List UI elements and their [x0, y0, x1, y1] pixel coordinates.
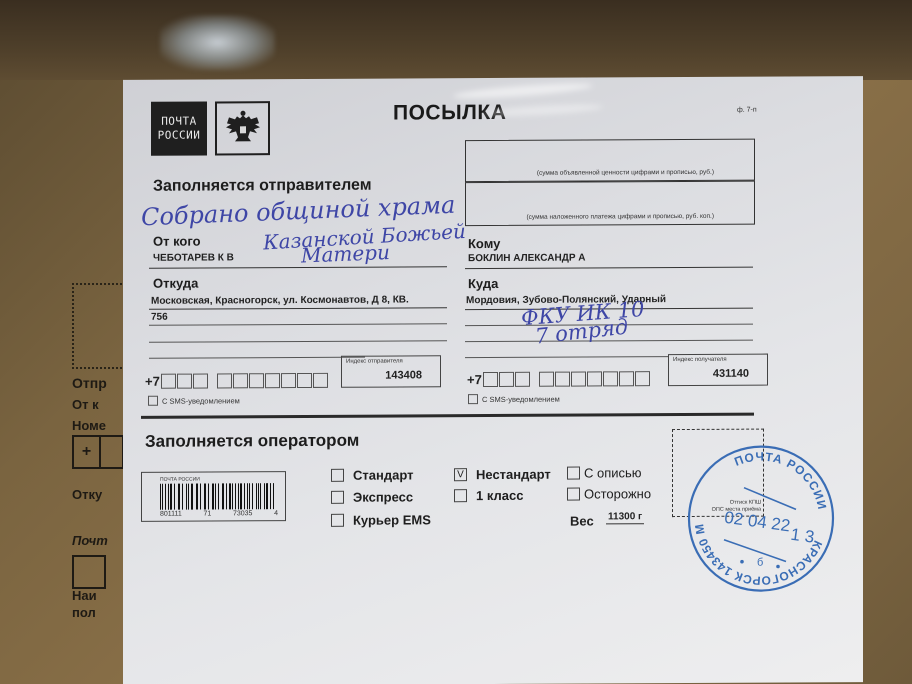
option-with-inventory[interactable]: С описью [567, 465, 642, 480]
divider [149, 340, 447, 343]
sender-address-line1: Московская, Красногорск, ул. Космонавтов… [151, 294, 409, 306]
barcode-bars [160, 483, 275, 510]
form-fragment: Почт [72, 533, 127, 548]
operator-section-title: Заполняется оператором [145, 431, 359, 452]
sender-sms-checkbox[interactable]: С SMS-уведомлением [148, 395, 240, 405]
sender-index-value: 143408 [385, 369, 422, 381]
sender-address-line2: 756 [151, 312, 168, 323]
recipient-index-value: 431140 [713, 368, 749, 380]
form-fragment: Номе [72, 418, 127, 433]
checkbox-icon [468, 394, 478, 404]
to-label: Кому [468, 236, 500, 251]
origin-label: Откуда [153, 276, 198, 291]
option-label: С описью [584, 465, 642, 480]
weight-label: Вес [570, 513, 594, 528]
postmark-stamp: ПОЧТА РОССИИ КРАСНОГОРСК 143450 МОСКОВСК… [686, 443, 836, 594]
option-label: Экспресс [353, 489, 413, 504]
declared-value-hint: (сумма объявленной ценности цифрами и пр… [537, 169, 714, 177]
divider [149, 307, 447, 310]
background-cardboard-form: Отпр От к Номе + Отку Почт Наи пол [70, 275, 130, 680]
tape-glare [160, 15, 275, 70]
form-fragment: От к [72, 397, 127, 412]
parcel-label: ПОЧТА РОССИИ ПОСЫЛКА ф. 7-п (сумма объяв… [123, 76, 863, 684]
divider [465, 267, 753, 270]
form-fragment: пол [72, 605, 127, 620]
svg-text:б: б [757, 557, 763, 569]
phone-prefix: +7 [145, 374, 160, 389]
packing-tape [0, 0, 912, 80]
barcode-digit-group: 801111 [160, 511, 182, 518]
option-courier-ems[interactable]: Курьер EMS [331, 512, 431, 528]
form-fragment: Наи [72, 588, 127, 603]
phone-prefix: +7 [467, 372, 482, 387]
checkbox-icon [567, 488, 580, 501]
checkbox-icon [331, 514, 344, 527]
option-label: Курьер EMS [353, 512, 431, 527]
sender-section-title: Заполняется отправителем [153, 177, 372, 196]
divider [149, 266, 447, 269]
barcode-brand: ПОЧТА РОССИИ [160, 477, 200, 483]
logo-line2: РОССИИ [151, 128, 207, 142]
barcode-digit-group: 73035 [233, 510, 252, 517]
phone-cell [97, 435, 124, 469]
sender-phone-field[interactable]: +7 [145, 373, 328, 389]
recipient-sms-checkbox[interactable]: С SMS-уведомлением [468, 394, 560, 404]
option-first-class[interactable]: 1 класс [454, 488, 523, 503]
svg-text:02 04 22: 02 04 22 [723, 508, 791, 536]
sms-label: С SMS-уведомлением [482, 394, 560, 403]
recipient-name: БОКЛИН АЛЕКСАНДР А [468, 253, 586, 265]
barcode: ПОЧТА РОССИИ 801111 71 73035 4 [141, 471, 286, 522]
sender-index-box: Индекс отправителя 143408 [341, 355, 441, 388]
form-fragment: Отпр [72, 375, 127, 391]
handwritten-note-line3: Матери [301, 240, 391, 268]
option-express[interactable]: Экспресс [331, 489, 413, 504]
divider [149, 323, 447, 326]
sender-index-label: Индекс отправителя [346, 358, 403, 364]
form-box [72, 555, 106, 589]
option-label: Стандарт [353, 467, 413, 482]
cod-amount-field[interactable]: (сумма наложенного платежа цифрами и про… [465, 181, 755, 227]
option-standard[interactable]: Стандарт [331, 467, 413, 482]
recipient-index-label: Индекс получателя [673, 357, 727, 363]
checkbox-icon [454, 489, 467, 502]
sender-name: ЧЕБОТАРЕВ К В [153, 252, 234, 263]
barcode-digit-group: 4 [274, 510, 278, 517]
recipient-index-box: Индекс получателя 431140 [668, 354, 768, 387]
barcode-digits: 801111 71 73035 4 [160, 510, 278, 518]
logo-line1: ПОЧТА [151, 114, 207, 128]
checkbox-icon [567, 467, 580, 480]
form-fragment: Отку [72, 487, 127, 502]
cod-amount-hint: (сумма наложенного платежа цифрами и про… [527, 213, 715, 221]
from-label: От кого [153, 234, 201, 249]
svg-text:1 3: 1 3 [789, 525, 815, 547]
recipient-phone-field[interactable]: +7 [467, 371, 650, 387]
option-label: Осторожно [584, 486, 651, 501]
option-label: Нестандарт [476, 467, 551, 482]
option-fragile[interactable]: Осторожно [567, 486, 651, 501]
divider [149, 357, 365, 359]
section-divider [141, 413, 754, 419]
checkbox-icon [148, 396, 158, 406]
option-non-standard[interactable]: V Нестандарт [454, 467, 551, 483]
destination-label: Куда [468, 276, 498, 291]
sms-label: С SMS-уведомлением [162, 396, 240, 405]
option-label: 1 класс [476, 488, 523, 503]
plastic-glare [453, 81, 593, 101]
double-headed-eagle-icon [215, 101, 270, 155]
checkbox-icon [331, 491, 344, 504]
checkbox-icon [331, 469, 344, 482]
divider [465, 356, 669, 358]
checkbox-checked-icon: V [454, 468, 467, 481]
barcode-digit-group: 71 [203, 510, 211, 517]
russian-post-logo: ПОЧТА РОССИИ [151, 101, 207, 155]
weight-value: 11300 г [606, 511, 644, 524]
form-code: ф. 7-п [737, 107, 757, 114]
declared-value-field[interactable]: (сумма объявленной ценности цифрами и пр… [465, 139, 755, 183]
